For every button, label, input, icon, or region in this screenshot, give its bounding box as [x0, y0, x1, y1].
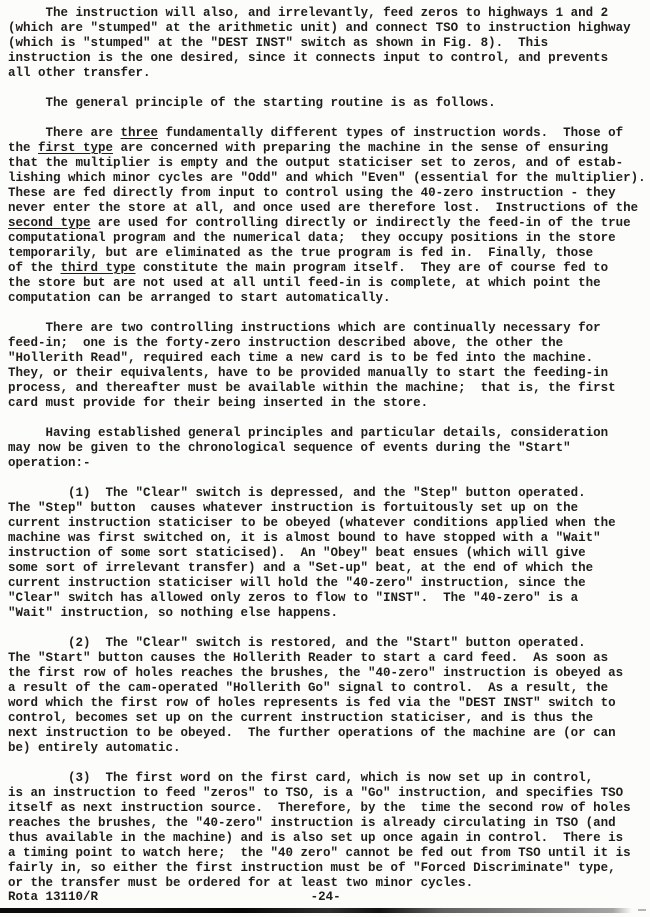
paragraph-instruction-word-types: There are three fundamentally different …	[8, 126, 648, 306]
page-number: -24-	[311, 890, 341, 905]
document-reference: Rota 13110/R	[8, 890, 98, 904]
document-page: The instruction will also, and irrelevan…	[0, 0, 650, 917]
paragraph-general-principle: The general principle of the starting ro…	[8, 96, 648, 111]
paragraph-step-2: (2) The "Clear" switch is restored, and …	[8, 636, 648, 756]
scan-artifact-tick	[638, 909, 646, 911]
paragraph-controlling-instructions: There are two controlling instructions w…	[8, 321, 648, 411]
paragraph-step-3: (3) The first word on the first card, wh…	[8, 771, 648, 891]
paragraph-intro-instruction: The instruction will also, and irrelevan…	[8, 6, 648, 81]
document-body: The instruction will also, and irrelevan…	[8, 6, 648, 891]
page-footer: Rota 13110/R -24-	[8, 890, 642, 906]
paragraph-step-1: (1) The "Clear" switch is depressed, and…	[8, 486, 648, 621]
paragraph-start-operation-lead: Having established general principles an…	[8, 426, 648, 471]
scan-artifact-bar	[0, 908, 632, 913]
